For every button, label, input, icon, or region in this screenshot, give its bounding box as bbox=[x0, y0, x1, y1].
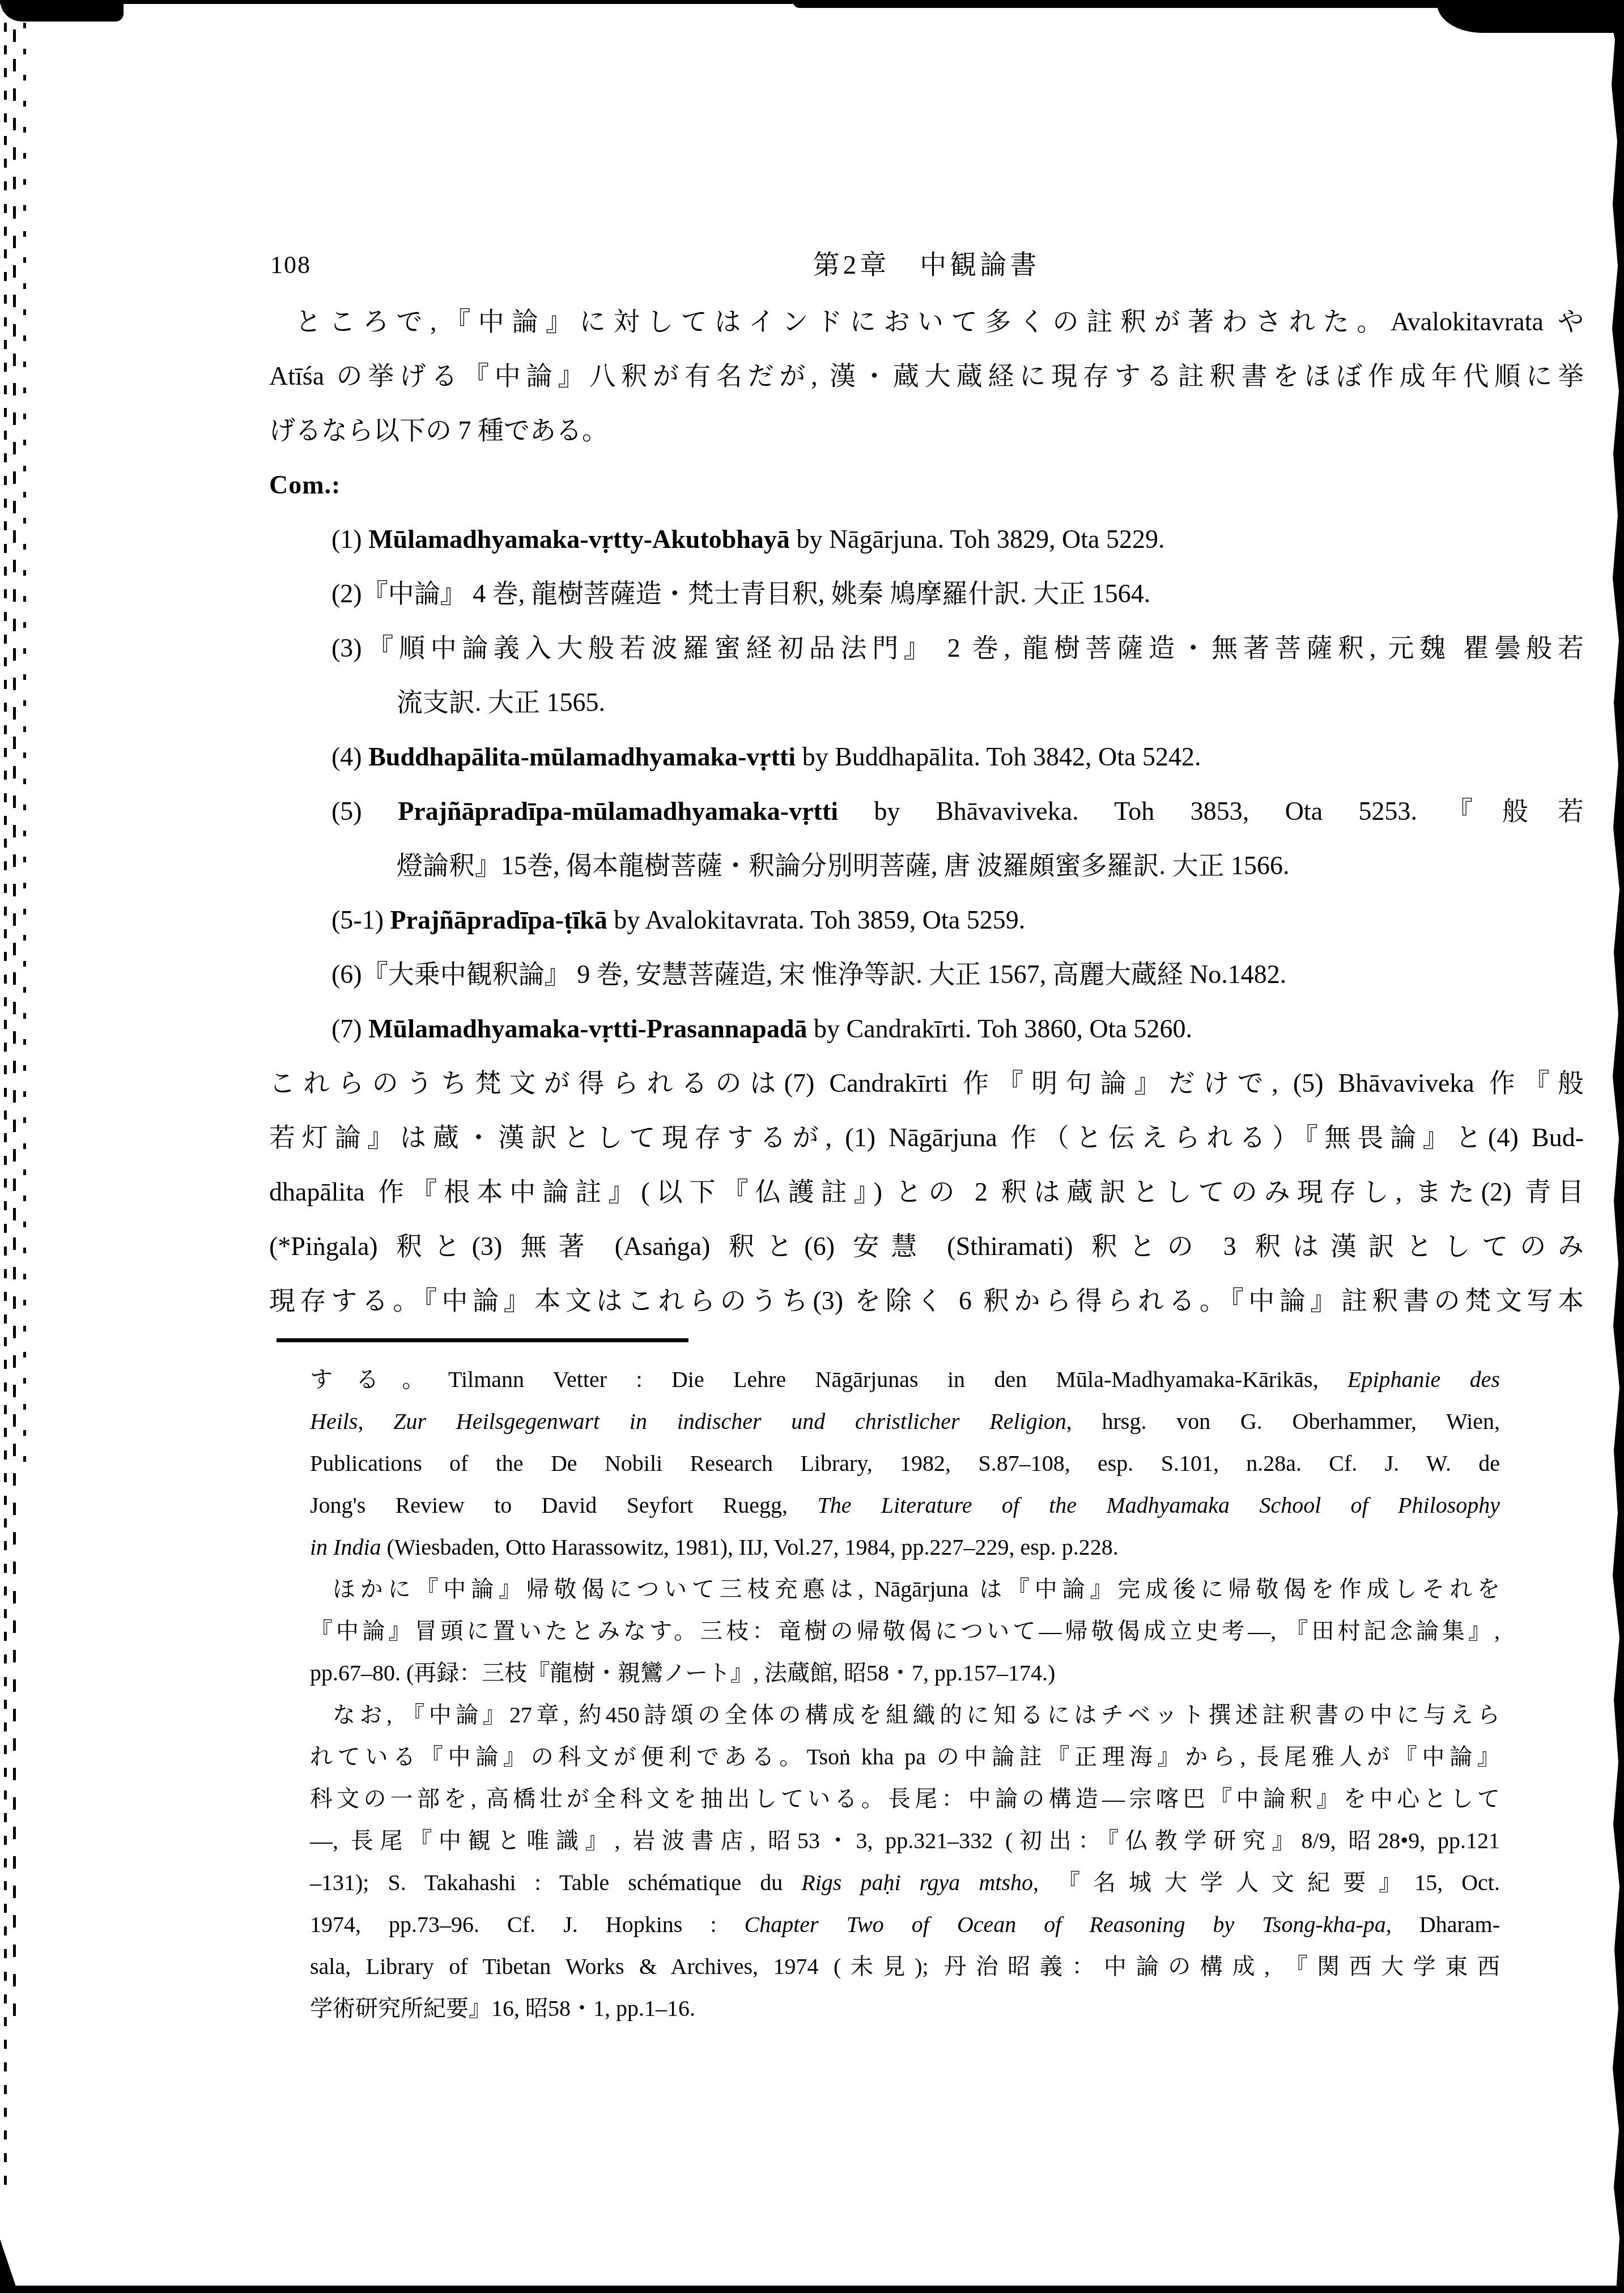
body-line: 若灯論』は蔵・漢訳として現存するが, (1) Nāgārjuna 作（と伝えられ… bbox=[269, 1111, 1584, 1165]
body-line: (*Piṅgala) 釈と(3) 無著 (Asaṅga) 釈と(6) 安慧 (S… bbox=[269, 1219, 1584, 1274]
body-line: 流支訳. 大正 1565. bbox=[269, 675, 1584, 730]
footnote-line: する。Tilmann Vetter : Die Lehre Nāgārjunas… bbox=[310, 1359, 1500, 1401]
body-line: (5-1) Prajñāpradīpa-ṭīkā by Avalokitavra… bbox=[269, 893, 1584, 947]
body-line: ところで,『中論』に対してはインドにおいて多くの註釈が著わされた。Avaloki… bbox=[269, 295, 1584, 349]
body-line: げるなら以下の 7 種である。 bbox=[269, 403, 1584, 458]
footnote-line: なお, 『中論』27章, 約450詩頌の全体の構成を組織的に知るにはチベット撰述… bbox=[310, 1694, 1500, 1736]
footnote-line: sala, Library of Tibetan Works & Archive… bbox=[310, 1946, 1500, 1988]
footnote-line: Heils, Zur Heilsgegenwart in indischer u… bbox=[310, 1401, 1500, 1443]
body-line: Atīśa の挙げる『中論』八釈が有名だが, 漢・蔵大蔵経に現存する註釈書をほぼ… bbox=[269, 349, 1584, 403]
footnote-line: 『中論』冒頭に置いたとみなす。三枝：竜樹の帰敬偈について―帰敬偈成立史考―, 『… bbox=[310, 1610, 1500, 1652]
footnote-rule bbox=[277, 1338, 688, 1342]
footnote-line: 科文の一部を, 高橋壮が全科文を抽出している。長尾：中論の構造―宗喀巴『中論釈』… bbox=[310, 1778, 1500, 1820]
body-line: 燈論釈』15巻, 偈本龍樹菩薩・釈論分別明菩薩, 唐 波羅頗蜜多羅訳. 大正 1… bbox=[269, 839, 1584, 893]
scan-artifact-right-edge bbox=[1605, 0, 1624, 2293]
scan-artifact-bottom-edge bbox=[0, 2286, 1624, 2293]
body-line: (5) Prajñāpradīpa-mūlamadhyamaka-vṛtti b… bbox=[269, 784, 1584, 839]
body-text: ところで,『中論』に対してはインドにおいて多くの註釈が著わされた。Avaloki… bbox=[269, 295, 1584, 1328]
scan-artifact-bottom-left-wedge bbox=[0, 2239, 18, 2293]
body-line: (4) Buddhapālita-mūlamadhyamaka-vṛtti by… bbox=[269, 730, 1584, 784]
scan-artifact-left-line bbox=[23, 23, 26, 1479]
body-line: (6)『大乗中観釈論』 9 巻, 安慧菩薩造, 宋 惟浄等訳. 大正 1567,… bbox=[269, 947, 1584, 1002]
scan-artifact-top-left-blob bbox=[0, 0, 124, 22]
body-line: Com.: bbox=[269, 458, 1584, 512]
chapter-header: 第2章 中観論書 bbox=[269, 248, 1584, 282]
body-line: (3)『順中論義入大般若波羅蜜経初品法門』 2 巻, 龍樹菩薩造・無著菩薩釈, … bbox=[269, 621, 1584, 675]
body-line: (1) Mūlamadhyamaka-vṛtty-Akutobhayā by N… bbox=[269, 512, 1584, 567]
footnote-line: Publications of the De Nobili Research L… bbox=[310, 1443, 1500, 1484]
body-line: これらのうち梵文が得られるのは(7) Candrakīrti 作『明句論』だけで… bbox=[269, 1056, 1584, 1111]
footnote-line: 1974, pp.73–96. Cf. J. Hopkins : Chapter… bbox=[310, 1904, 1500, 1946]
page: 108 第2章 中観論書 ところで,『中論』に対してはインドにおいて多くの註釈が… bbox=[0, 0, 1624, 2293]
footnote-line: in India (Wiesbaden, Otto Harassowitz, 1… bbox=[310, 1526, 1500, 1568]
footnote-line: pp.67–80. (再録：三枝『龍樹・親鸞ノート』, 法蔵館, 昭58・7, … bbox=[310, 1652, 1500, 1694]
footnote-line: ―, 長尾『中観と唯識』, 岩波書店, 昭53・3, pp.321–332 (初… bbox=[310, 1820, 1500, 1862]
body-line: dhapālita 作『根本中論註』(以下『仏護註』) との 2 釈は蔵訳として… bbox=[269, 1165, 1584, 1219]
body-line: 現存する。『中論』本文はこれらのうち(3) を除く 6 釈から得られる。『中論』… bbox=[269, 1274, 1584, 1328]
footnote: する。Tilmann Vetter : Die Lehre Nāgārjunas… bbox=[310, 1359, 1500, 2030]
footnote-line: Jong's Review to David Seyfort Ruegg, Th… bbox=[310, 1484, 1500, 1526]
body-line: (2)『中論』 4 巻, 龍樹菩薩造・梵士青目釈, 姚秦 鳩摩羅什訳. 大正 1… bbox=[269, 567, 1584, 621]
footnote-line: 学術研究所紀要』16, 昭58・1, pp.1–16. bbox=[310, 1988, 1500, 2030]
footnote-line: れている『中論』の科文が便利である。Tsoṅ kha pa の中論註『正理海』か… bbox=[310, 1736, 1500, 1778]
scan-artifact-left-line bbox=[4, 0, 7, 2198]
footnote-line: –131); S. Takahashi : Table schématique … bbox=[310, 1862, 1500, 1904]
scan-artifact-left-line bbox=[13, 0, 16, 2017]
footnote-line: ほかに『中論』帰敬偈について三枝充悳は, Nāgārjuna は『中論』完成後に… bbox=[310, 1568, 1500, 1610]
body-line: (7) Mūlamadhyamaka-vṛtti-Prasannapadā by… bbox=[269, 1002, 1584, 1056]
scan-artifact-top-right-blob bbox=[1437, 0, 1624, 33]
page-header: 108 第2章 中観論書 bbox=[269, 248, 1584, 282]
